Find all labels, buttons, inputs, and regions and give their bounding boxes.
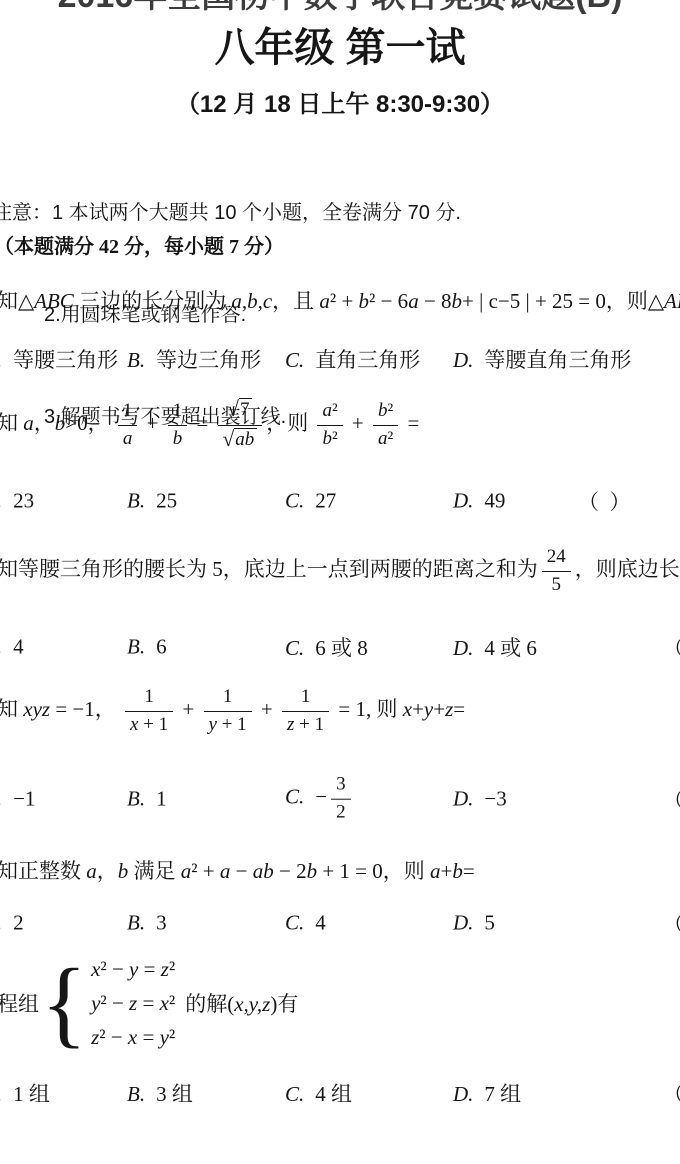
option-a-text: 等腰三角形 <box>13 348 118 372</box>
option-a: A.等腰三角形 <box>0 344 118 374</box>
answer-paren: （ <box>663 908 680 938</box>
equation-2: y² − z = x² <box>91 988 175 1019</box>
radical-sign: √ <box>227 398 239 420</box>
option-d-text: 等腰直角三角形 <box>484 348 631 372</box>
option-c-text: 6 或 8 <box>315 636 368 660</box>
option-c-text: 直角三角形 <box>315 348 420 372</box>
option-b-text: 3 <box>156 911 167 935</box>
option-a: A.1 组 <box>0 1078 50 1108</box>
option-b-text: 3 组 <box>156 1082 193 1106</box>
option-c-text: 4 组 <box>315 1082 352 1106</box>
question-1-stem: 1. 已知△ABC 三边的长分别为 a,b,c，且 a² + b² − 6a −… <box>0 284 680 318</box>
option-b: B.3 组 <box>127 1078 193 1108</box>
answer-paren: （ <box>663 1078 680 1108</box>
answer-paren: （ ） <box>578 486 631 516</box>
option-b-text: 等边三角形 <box>156 348 261 372</box>
option-b: B.1 <box>127 787 167 812</box>
option-c: C.−32 <box>285 774 355 825</box>
fraction: 1z + 1 <box>282 686 329 737</box>
answer-paren: （ <box>663 632 680 662</box>
option-c-text: 27 <box>315 489 336 513</box>
option-d: D.−3 <box>453 787 507 812</box>
option-c-text: 4 <box>315 911 326 935</box>
option-b: B.等边三角形 <box>127 344 261 374</box>
question-2-options: A.23 B.25 C.27 D.49 （ ） <box>0 486 680 516</box>
option-d: D.等腰直角三角形 <box>453 344 631 374</box>
option-d: D.5 <box>453 911 495 936</box>
option-b-text: 1 <box>156 787 167 811</box>
question-1-options: A.等腰三角形 B.等边三角形 C.直角三角形 D.等腰直角三角形 <box>0 344 680 374</box>
exam-session-time: （12 月 18 日上午 8:30-9:30） <box>176 90 504 120</box>
option-d-text: 4 或 6 <box>484 636 537 660</box>
equation-3: z² − x = y² <box>91 1022 175 1053</box>
equation-1: x² − y = z² <box>91 954 175 985</box>
question-6-stem: 6. 方程组 { x² − y = z² y² − z = x² z² − x … <box>0 950 298 1056</box>
fraction: 1x + 1 <box>125 686 173 737</box>
fraction: 1a <box>118 400 138 451</box>
question-4-stem: 4. 已知 xyz = −1， 1x + 1 + 1y + 1 + 1z + 1… <box>0 686 465 737</box>
option-b: B.3 <box>127 911 167 936</box>
fraction: b²a² <box>373 400 398 451</box>
exam-page: 2016年全国初中数学联合竞赛试题(B) 八年级 第一试 （12 月 18 日上… <box>0 0 680 1164</box>
fraction: √7√ab <box>218 398 263 453</box>
option-c-text: −32 <box>315 785 354 809</box>
option-c: C.6 或 8 <box>285 632 368 662</box>
square-root: √ab <box>223 428 258 452</box>
fraction: 245 <box>542 546 571 597</box>
option-a-text: 2 <box>13 911 24 935</box>
option-c: C.4 组 <box>285 1078 352 1108</box>
fraction: 1b <box>168 400 188 451</box>
square-root: √7 <box>227 398 252 422</box>
option-b-text: 6 <box>156 635 167 659</box>
answer-paren: （ <box>663 784 680 814</box>
option-d-text: 7 组 <box>484 1082 521 1106</box>
question-3-stem: 3. 已知等腰三角形的腰长为 5，底边上一点到两腰的距离之和为245，则底边长为 <box>0 546 680 597</box>
option-d-text: −3 <box>484 787 506 811</box>
question-5-stem: 5. 已知正整数 a，b 满足 a² + a − ab − 2b + 1 = 0… <box>0 854 475 888</box>
exam-subtitle: 八年级 第一试 <box>214 24 465 72</box>
option-a: A.2 <box>0 911 24 936</box>
option-a-text: 4 <box>13 635 24 659</box>
option-c: C.27 <box>285 489 336 514</box>
option-d: D.7 组 <box>453 1078 521 1108</box>
fraction: a²b² <box>317 400 342 451</box>
option-b: B.6 <box>127 635 167 660</box>
question-2-stem: 2. 已知 a，b>0， 1a + 1b = √7√ab，则 a²b² + b²… <box>0 398 419 453</box>
q6-trailing-text: 的解(x,y,z)有 <box>185 988 298 1018</box>
option-a: A.4 <box>0 635 24 660</box>
option-a: A.23 <box>0 489 34 514</box>
option-c: C.直角三角形 <box>285 344 420 374</box>
option-a-text: 23 <box>13 489 34 513</box>
option-b-text: 25 <box>156 489 177 513</box>
exam-title-clipped: 2016年全国初中数学联合竞赛试题(B) <box>58 0 623 14</box>
option-d: D.49 <box>453 489 505 514</box>
option-d-text: 49 <box>484 489 505 513</box>
question-5-options: A.2 B.3 C.4 D.5 （ <box>0 908 680 938</box>
question-6-options: A.1 组 B.3 组 C.4 组 D.7 组 （ <box>0 1078 680 1108</box>
option-b: B.25 <box>127 489 177 514</box>
option-d: D.4 或 6 <box>453 632 537 662</box>
option-c: C.4 <box>285 911 326 936</box>
fraction: 32 <box>331 774 351 825</box>
option-d-text: 5 <box>484 911 495 935</box>
notice-line-1: 注意：1 本试两个大题共 10 个小题，全卷满分 70 分. <box>0 196 461 230</box>
q6-lead-text: 6. 方程组 <box>0 988 39 1018</box>
section-heading: （本题满分 42 分，每小题 7 分） <box>0 230 284 259</box>
system-brace: { <box>41 952 87 1054</box>
fraction: 1y + 1 <box>204 686 252 737</box>
equation-system: x² − y = z² y² − z = x² z² − x = y² <box>91 954 175 1053</box>
question-3-options: A.4 B.6 C.6 或 8 D.4 或 6 （ <box>0 632 680 662</box>
radical-sign: √ <box>223 428 235 450</box>
question-4-options: A.−1 B.1 C.−32 D.−3 （ <box>0 770 680 828</box>
option-a-text: 1 组 <box>13 1082 50 1106</box>
option-a-text: −1 <box>13 787 35 811</box>
option-a: A.−1 <box>0 787 35 812</box>
